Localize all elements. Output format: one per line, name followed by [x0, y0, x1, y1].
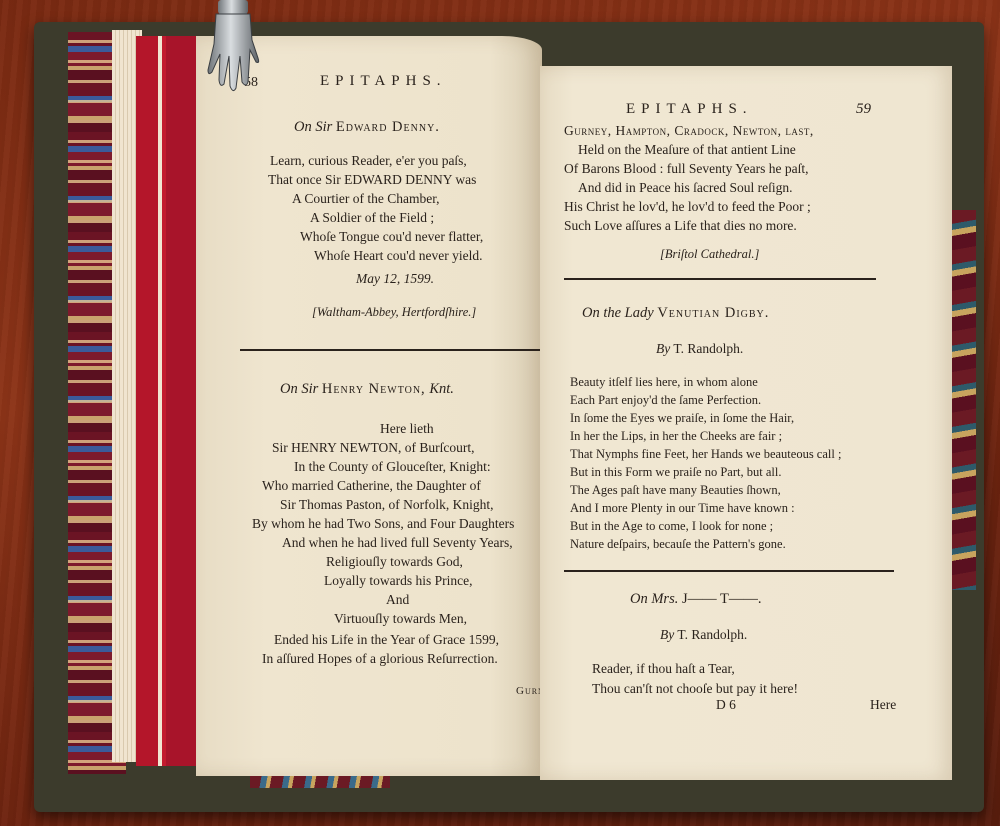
verse-line: Who married Catherine, the Daughter of: [262, 479, 481, 493]
verse-line: And I more Plenty in our Time have known…: [570, 502, 795, 515]
verse-line: Religiouſly towards God,: [326, 555, 463, 569]
verse-line: Such Love aſſures a Life that dies no mo…: [564, 219, 797, 233]
right-page: EPITAPHS. 59 Gurney, Hampton, Cradock, N…: [540, 66, 952, 780]
verse-line: Of Barons Blood : full Seventy Years he …: [564, 162, 808, 176]
left-page: 58 EPITAPHS. On Sir Edward Denny. Learn,…: [196, 36, 542, 776]
verse-line: Reader, if thou haſt a Tear,: [592, 662, 735, 676]
verse-line: Gurney, Hampton, Cradock, Newton, laſt,: [564, 124, 814, 138]
epitaph-date: May 12, 1599.: [356, 272, 434, 286]
running-head-right: EPITAPHS.: [626, 102, 753, 117]
verse-line: In aſſured Hopes of a glorious Reſurrect…: [262, 652, 498, 666]
verse-line: Whoſe Tongue cou'd never flatter,: [300, 230, 483, 244]
verse-line: Ended his Life in the Year of Grace 1599…: [274, 633, 499, 647]
catchword-right: Here: [870, 698, 896, 712]
verse-line: And: [386, 593, 409, 607]
verse-line: Nature deſpairs, becauſe the Pattern's g…: [570, 538, 786, 551]
section-divider: [240, 349, 540, 351]
verse-line: Each Part enjoy'd the ſame Perfection.: [570, 394, 761, 407]
epitaph-title: On Sir Edward Denny.: [294, 120, 440, 135]
verse-line: A Soldier of the Field ;: [310, 211, 434, 225]
running-head-left: EPITAPHS.: [320, 74, 447, 89]
verse-line: The Ages paſt have many Beauties ſhown,: [570, 484, 781, 497]
verse-line: In the County of Glouceſter, Knight:: [294, 460, 491, 474]
verse-line: But in the Age to come, I look for none …: [570, 520, 773, 533]
hand-clip-icon: [200, 0, 264, 92]
verse-line: But in this Form we praiſe no Part, but …: [570, 466, 781, 479]
verse-line: Here lieth: [380, 422, 434, 436]
verse-line: And did in Peace his ſacred Soul reſign.: [578, 181, 792, 195]
verse-line: Sir HENRY NEWTON, of Burſcourt,: [272, 441, 474, 455]
verse-line: That Nymphs fine Feet, her Hands we beau…: [570, 448, 841, 461]
signature-mark: D 6: [716, 698, 736, 712]
verse-line: Sir Thomas Paston, of Norfolk, Knight,: [280, 498, 494, 512]
verse-line: And when he had lived full Seventy Years…: [282, 536, 513, 550]
byline: By T. Randolph.: [660, 628, 747, 642]
verse-line: Thou can'ſt not chooſe but pay it here!: [592, 682, 798, 696]
verse-line: That once Sir EDWARD DENNY was: [268, 173, 476, 187]
verse-line: Virtuouſly towards Men,: [334, 612, 467, 626]
section-divider: [564, 278, 876, 280]
page-number-right: 59: [856, 102, 871, 117]
epitaph-title: On Mrs. J—— T——.: [630, 592, 761, 607]
verse-line: Learn, curious Reader, e'er you paſs,: [270, 154, 467, 168]
epitaph-title: On the Lady Venutian Digby.: [582, 306, 769, 321]
marbled-endpaper-right: [950, 210, 976, 590]
verse-line: A Courtier of the Chamber,: [292, 192, 440, 206]
verse-line: Beauty itſelf lies here, in whom alone: [570, 376, 758, 389]
verse-line: By whom he had Two Sons, and Four Daught…: [252, 517, 514, 531]
red-page-edge: [136, 36, 198, 766]
verse-line: Held on the Meaſure of that antient Line: [578, 143, 796, 157]
epitaph-title: On Sir Henry Newton, Knt.: [280, 382, 454, 397]
verse-line: His Christ he lov'd, he lov'd to feed th…: [564, 200, 811, 214]
section-divider: [564, 570, 894, 572]
verse-line: Loyally towards his Prince,: [324, 574, 472, 588]
verse-line: In ſome the Eyes we praiſe, in ſome the …: [570, 412, 794, 425]
epitaph-location: [Waltham-Abbey, Hertfordſhire.]: [312, 306, 476, 319]
verse-line: In her the Lips, in her the Cheeks are f…: [570, 430, 782, 443]
byline: By T. Randolph.: [656, 342, 743, 356]
epitaph-location: [Briſtol Cathedral.]: [660, 248, 759, 261]
verse-line: Whoſe Heart cou'd never yield.: [314, 249, 483, 263]
